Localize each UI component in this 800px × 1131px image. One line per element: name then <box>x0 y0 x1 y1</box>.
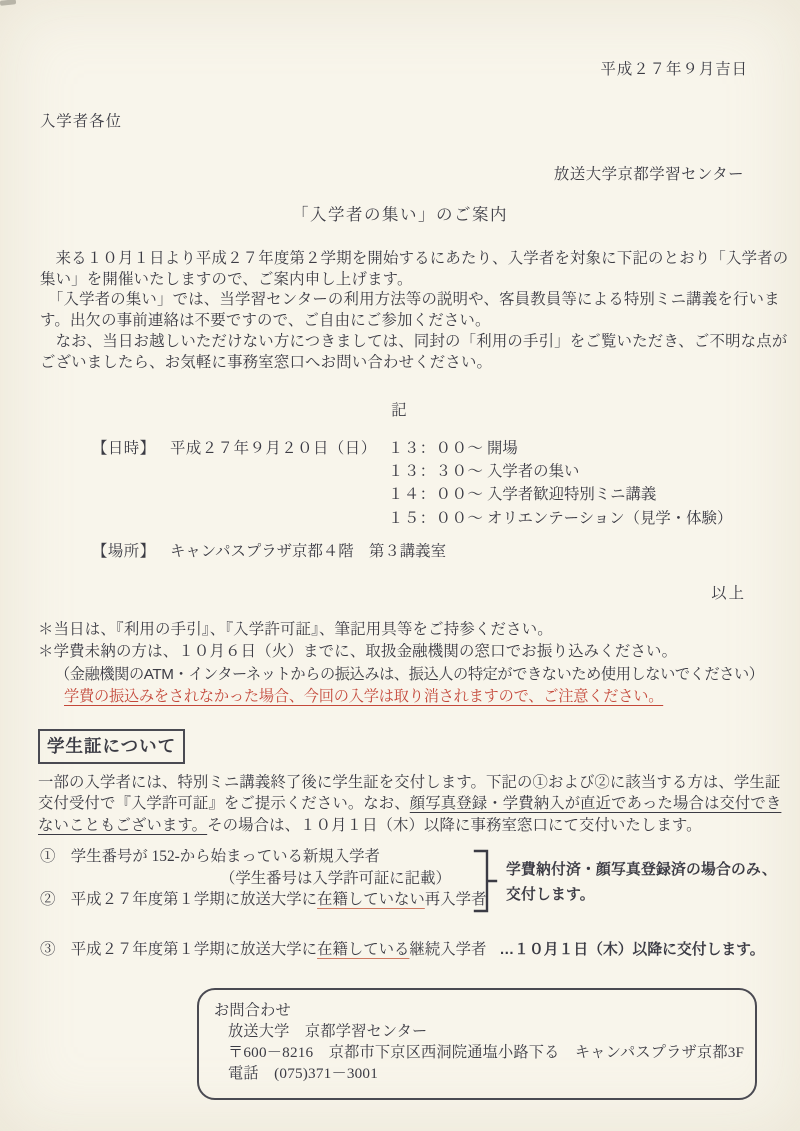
eligibility-items: ① 学生番号が 152-から始まっている新規入学者 （学生番号は入学許可証に記載… <box>40 846 777 914</box>
schedule-event: オリエンテーション（見学・体験） <box>487 510 732 527</box>
student-id-heading: 学生証について <box>38 729 185 764</box>
paragraph-line: ないこともございます。その場合は、１０月１日（木）以降に事務室窓口にて交付いたし… <box>38 815 768 836</box>
contact-box: お問合わせ 放送大学 京都学習センター 〒600－8216 京都市下京区西洞院通… <box>197 988 757 1100</box>
schedule-event: 開場 <box>487 440 518 457</box>
paragraph-line: 「入学者の集い」では、当学習センターの利用方法等の説明や、客員教員等による特別ミ… <box>40 290 770 311</box>
schedule-list: １３：００～開場 １３：３０～入学者の集い １４：００～入学者歓迎特別ミニ講義 … <box>388 437 732 530</box>
schedule-section: 【日時】 平成２７年９月２０日（日） １３：００～開場 １３：３０～入学者の集い… <box>92 437 732 530</box>
item-1: ① 学生番号が 152-から始まっている新規入学者 <box>40 846 470 868</box>
paragraph-line: 一部の入学者には、特別ミニ講義終了後に学生証を交付します。下記の①および②に該当… <box>38 772 768 793</box>
warning-text: 学費の振込みをされなかった場合、今回の入学は取り消されますので、ご注意ください。 <box>64 688 663 705</box>
bracket-note-line: 学費納付済・顔写真登録済の場合のみ、 <box>506 858 777 883</box>
item-3-bold-note: …１０月１日（木）以降に交付します。 <box>499 942 764 958</box>
item-3: ③ 平成２７年度第１学期に放送大学に在籍している継続入学者…１０月１日（木）以降… <box>40 937 765 959</box>
paragraph-line: ございましたら、お気軽に事務室窓口へお問い合わせください。 <box>40 353 770 374</box>
bracket-note: 学費納付済・顔写真登録済の場合のみ、 交付します。 <box>506 858 777 908</box>
contact-phone: 電話 (075)371－3001 <box>214 1064 740 1085</box>
note-atm-restriction: （金融機関のATM・インターネットからの振込みは、振込人の特定ができないため使用… <box>38 664 764 686</box>
schedule-row: １３：３０～入学者の集い <box>388 460 732 483</box>
scan-artifact <box>0 0 16 6</box>
paragraph-line: 集い」を開催いたしますので、ご案内申し上げます。 <box>40 270 770 291</box>
place-section: 【場所】 キャンパスプラザ京都４階 第３講義室 <box>92 539 446 561</box>
schedule-time: １４：００～ <box>388 483 487 506</box>
document-title: 「入学者の集い」のご案内 <box>0 201 800 225</box>
schedule-event: 入学者歓迎特別ミニ講義 <box>487 486 656 503</box>
student-id-paragraph: 一部の入学者には、特別ミニ講義終了後に学生証を交付します。下記の①および②に該当… <box>38 772 768 836</box>
schedule-time: １５：００～ <box>388 507 487 530</box>
contact-address: 〒600－8216 京都市下京区西洞院通塩小路下る キャンパスプラザ京都3F <box>214 1043 740 1064</box>
place-value: キャンパスプラザ京都４階 第３講義室 <box>170 539 446 561</box>
paragraph-line: なお、当日お越しいただけない方につきましては、同封の「利用の手引」をご覧いただき… <box>40 332 770 353</box>
schedule-row: １５：００～オリエンテーション（見学・体験） <box>388 507 732 530</box>
paragraph-line: す。出欠の事前連絡は不要ですので、ご自由にご参加ください。 <box>40 311 770 332</box>
grouping-bracket-icon <box>472 848 498 914</box>
event-date: 平成２７年９月２０日（日） <box>170 437 388 460</box>
underlined-caution: 顔写真登録・学費納入が直近であった場合は交付でき <box>410 795 782 812</box>
paragraph-line: 来る１０月１日より平成２７年度第２学期を開始するにあたり、入学者を対象に下記のと… <box>40 249 770 270</box>
schedule-time: １３：００～ <box>388 437 487 460</box>
item-1-note: （学生番号は入学許可証に記載） <box>40 868 470 890</box>
contact-org: 放送大学 京都学習センター <box>214 1022 740 1043</box>
underlined-not-enrolled: 在籍していない <box>317 891 425 908</box>
intro-paragraphs: 来る１０月１日より平成２７年度第２学期を開始するにあたり、入学者を対象に下記のと… <box>40 249 770 373</box>
note-bring-items: ＊当日は、『利用の手引』、『入学許可証』、筆記用具等をご持参ください。 <box>38 619 764 641</box>
schedule-row: １４：００～入学者歓迎特別ミニ講義 <box>388 483 732 506</box>
closing-mark: 以上 <box>711 581 746 603</box>
schedule-event: 入学者の集い <box>487 463 579 480</box>
notes-section: ＊当日は、『利用の手引』、『入学許可証』、筆記用具等をご持参ください。 ＊学費未… <box>38 619 764 708</box>
place-label: 【場所】 <box>92 539 170 561</box>
details-marker: 記 <box>0 398 800 420</box>
addressee: 入学者各位 <box>40 109 122 131</box>
datetime-label: 【日時】 <box>92 437 170 460</box>
underlined-enrolled: 在籍している <box>317 941 409 958</box>
paragraph-line: 交付受付で『入学許可証』をご提示ください。なお、顔写真登録・学費納入が直近であっ… <box>38 793 768 814</box>
scanned-letter-page: 平成２７年９月吉日 入学者各位 放送大学京都学習センター 「入学者の集い」のご案… <box>0 0 800 1131</box>
sender-name: 放送大学京都学習センター <box>554 162 744 184</box>
schedule-row: １３：００～開場 <box>388 437 732 460</box>
issue-date: 平成２７年９月吉日 <box>600 57 748 79</box>
bracket-note-line: 交付します。 <box>506 883 777 908</box>
item-2: ② 平成２７年度第１学期に放送大学に在籍していない再入学者 <box>40 889 470 911</box>
schedule-time: １３：３０～ <box>388 460 487 483</box>
note-tuition-deadline: ＊学費未納の方は、１０月６日（火）までに、取扱金融機関の窓口でお振り込みください… <box>38 641 764 663</box>
contact-heading: お問合わせ <box>214 1001 740 1022</box>
warning-line: 学費の振込みをされなかった場合、今回の入学は取り消されますので、ご注意ください。 <box>38 686 764 708</box>
underlined-caution: ないこともございます。 <box>38 817 207 834</box>
eligibility-items-left: ① 学生番号が 152-から始まっている新規入学者 （学生番号は入学許可証に記載… <box>40 846 470 911</box>
